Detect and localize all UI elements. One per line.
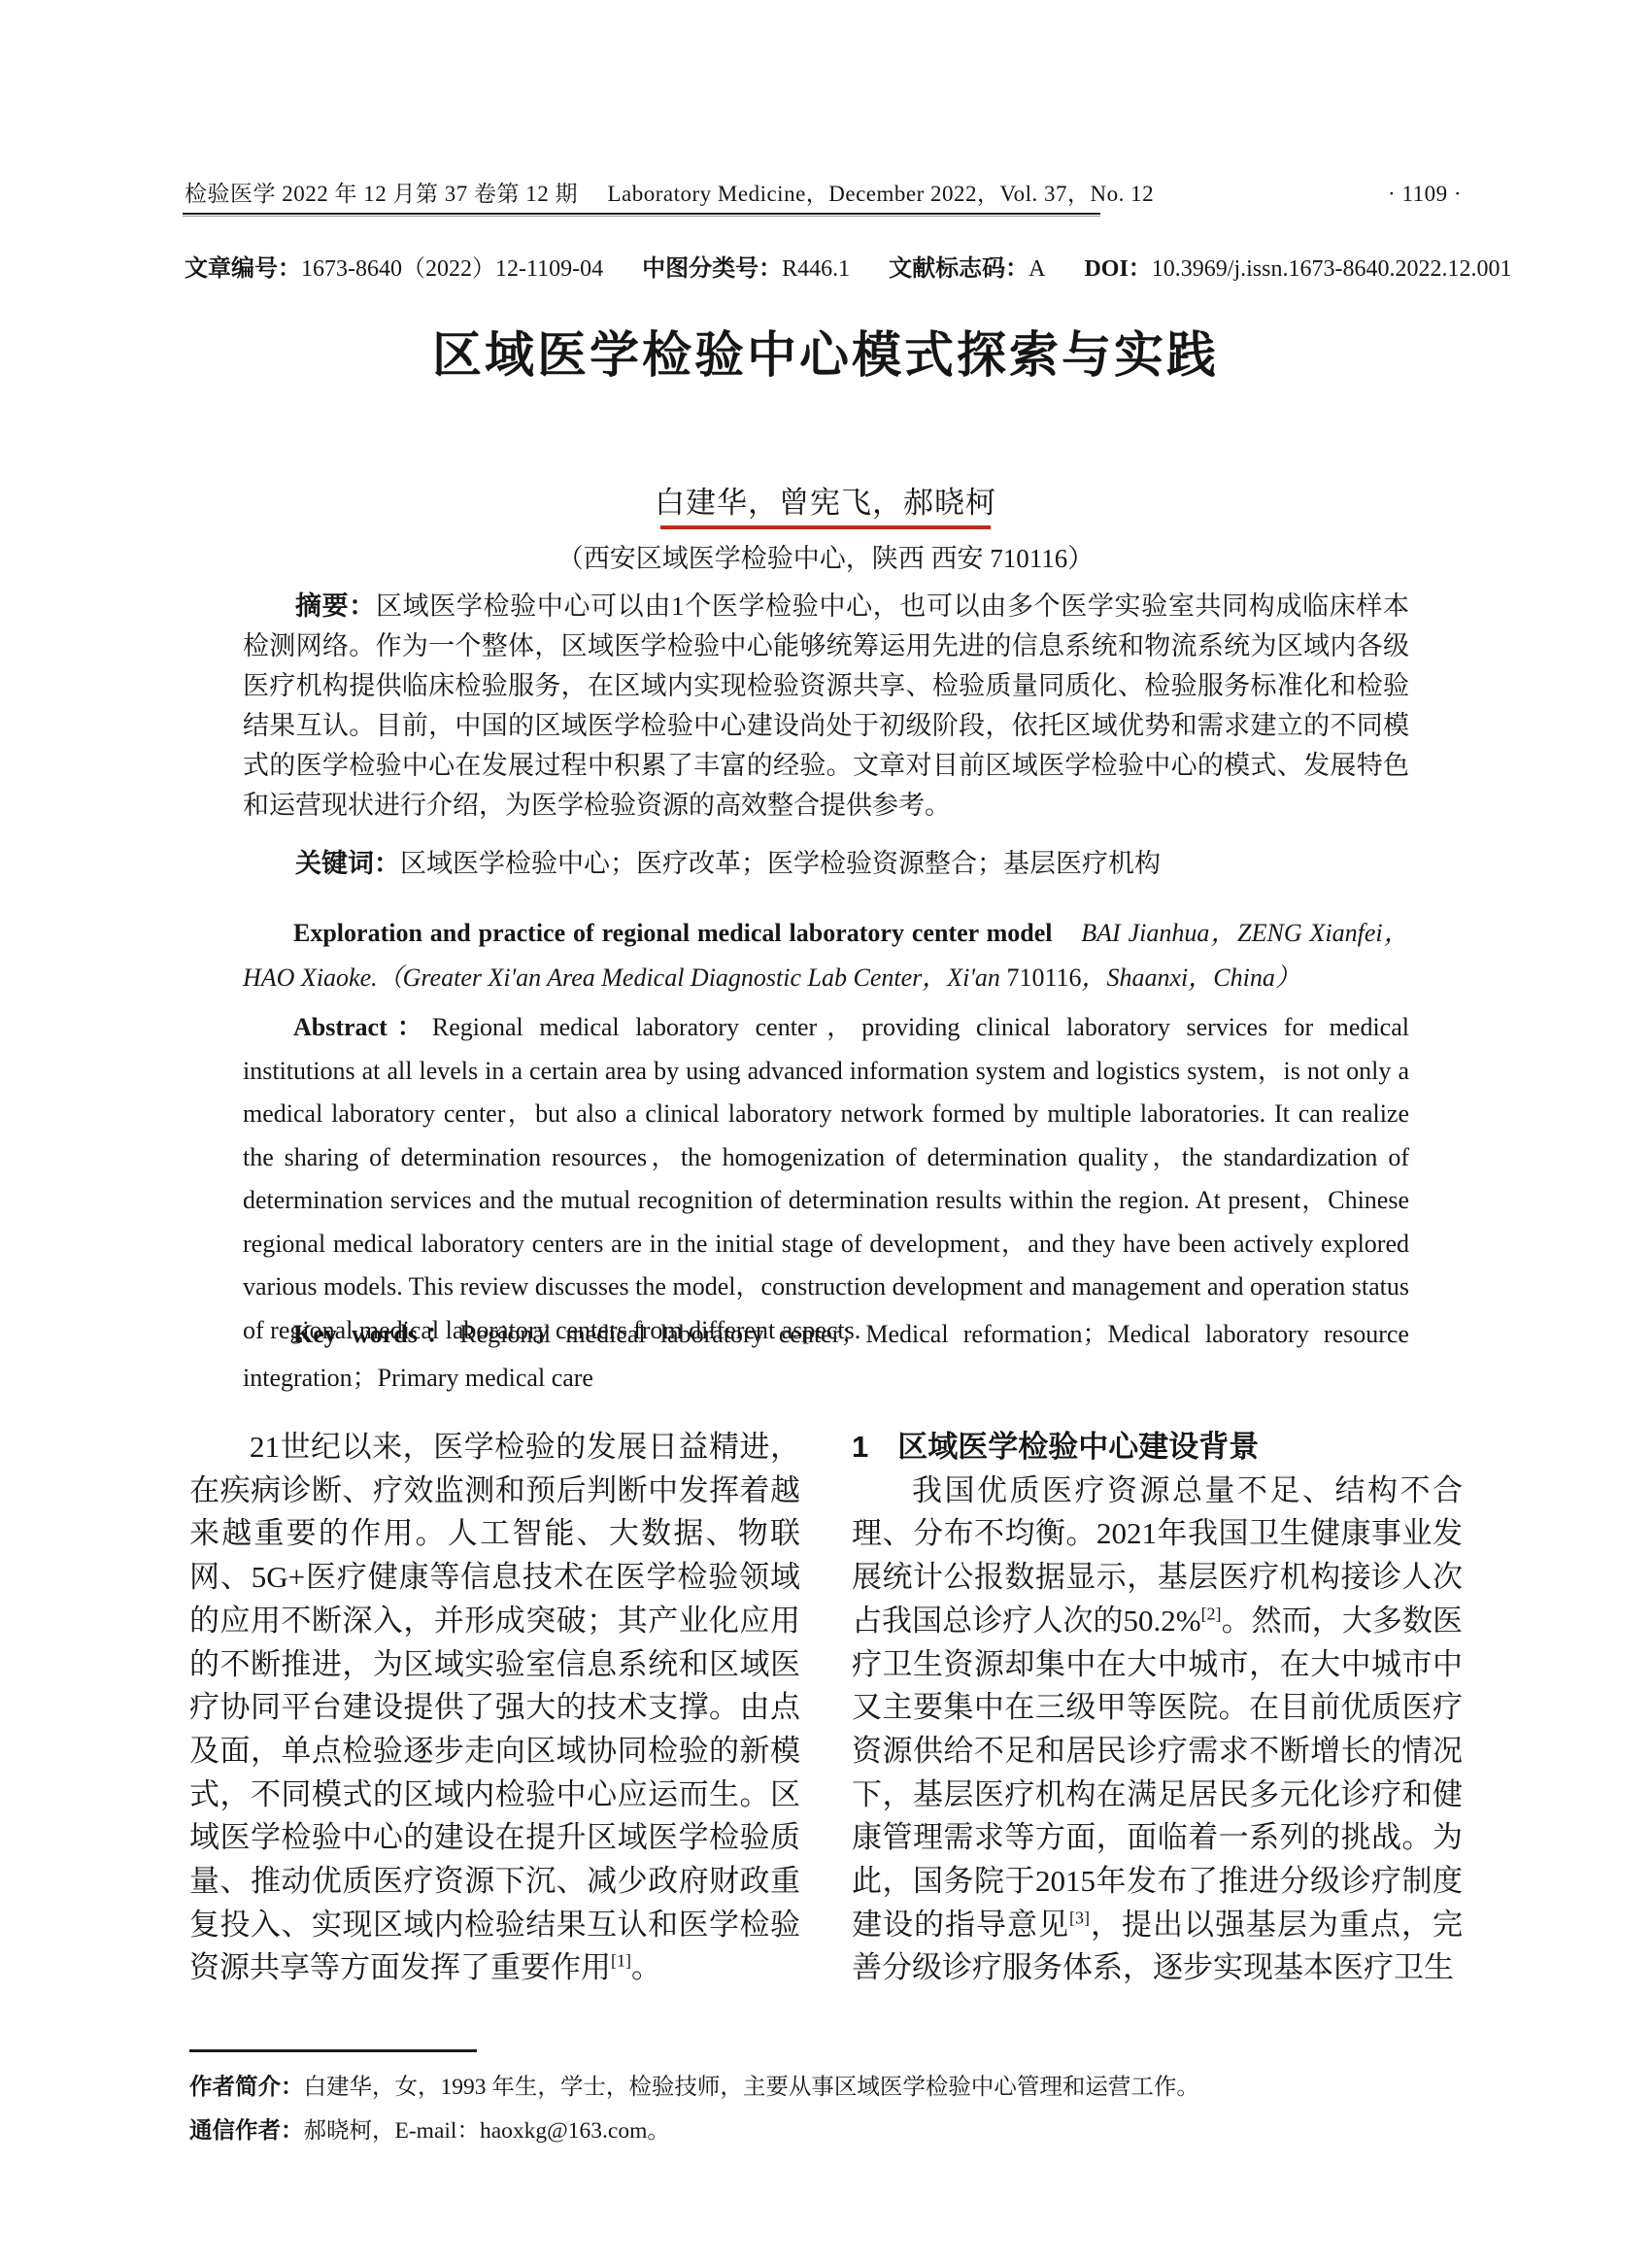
left-paragraph: 21世纪以来，医学检验的发展日益精进，在疾病诊断、疗效监测和预后判断中发挥着越来… xyxy=(189,1426,800,1990)
right-paragraph: 我国优质医疗资源总量不足、结构不合理、分布不均衡。2021年我国卫生健康事业发展… xyxy=(852,1470,1463,1990)
doi: DOI：10.3969/j.issn.1673-8640.2022.12.001 xyxy=(1084,256,1511,282)
keywords-en-label: Key words： xyxy=(293,1320,459,1348)
page-number: · 1109 · xyxy=(1388,182,1462,207)
footnote-divider xyxy=(189,2049,477,2052)
affiliation: （西安区域医学检验中心，陕西 西安 710116） xyxy=(97,537,1554,575)
section-heading-1: 1区域医学检验中心建设背景 xyxy=(852,1426,1463,1470)
title-en: Exploration and practice of regional med… xyxy=(293,919,1052,947)
abstract-en: Abstract：Regional medical laboratory cen… xyxy=(243,1006,1409,1352)
footnotes: 作者简介：白建华，女，1993 年生，学士，检验技师，主要从事区域医学检验中心管… xyxy=(189,2065,1471,2152)
keywords-cn-text: 区域医学检验中心；医疗改革；医学检验资源整合；基层医疗机构 xyxy=(400,849,1161,878)
document-code: 文献标志码：A xyxy=(889,256,1045,282)
corresponding-author: 通信作者：郝晓柯，E-mail：haoxkg@163.com。 xyxy=(189,2109,1471,2152)
article-meta-row: 文章编号：1673-8640（2022）12-1109-04 中图分类号：R44… xyxy=(185,249,1544,283)
affiliation-en: （Greater Xi'an Area Medical Diagnostic L… xyxy=(378,963,1007,992)
abstract-en-label: Abstract： xyxy=(293,1013,432,1041)
journal-issue-info: 检验医学 2022 年 12 月第 37 卷第 12 期 Laboratory … xyxy=(185,176,1154,208)
english-citation: Exploration and practice of regional med… xyxy=(243,911,1409,1000)
citation-ref-2: [2] xyxy=(1201,1604,1222,1623)
keywords-cn-label: 关键词： xyxy=(295,849,400,878)
article-title: 区域医学检验中心模式探索与实践 xyxy=(97,315,1554,387)
affiliation-en-zip: 710116 xyxy=(1006,963,1081,992)
author-bio: 作者简介：白建华，女，1993 年生，学士，检验技师，主要从事区域医学检验中心管… xyxy=(189,2065,1471,2109)
journal-issue-cn: 检验医学 2022 年 12 月第 37 卷第 12 期 xyxy=(185,182,578,206)
running-head: 检验医学 2022 年 12 月第 37 卷第 12 期 Laboratory … xyxy=(185,176,1462,208)
header-rule xyxy=(183,213,1100,215)
abstract-cn-label: 摘要： xyxy=(295,591,376,621)
abstract-en-text: Regional medical laboratory center，provi… xyxy=(243,1013,1409,1344)
keywords-en: Key words：Regional medical laboratory ce… xyxy=(243,1313,1409,1400)
authors-red-underline xyxy=(660,525,991,529)
body-left-column: 21世纪以来，医学检验的发展日益精进，在疾病诊断、疗效监测和预后判断中发挥着越来… xyxy=(189,1426,800,1990)
article-number: 文章编号：1673-8640（2022）12-1109-04 xyxy=(185,256,603,282)
authors: 白建华，曾宪飞，郝晓柯 xyxy=(97,478,1554,522)
citation-ref-3: [3] xyxy=(1069,1908,1090,1927)
affiliation-en-tail: ，Shaanxi，China） xyxy=(1081,963,1299,992)
body-right-column: 1区域医学检验中心建设背景 我国优质医疗资源总量不足、结构不合理、分布不均衡。2… xyxy=(852,1426,1463,1990)
clc-number: 中图分类号：R446.1 xyxy=(642,256,850,282)
abstract-cn: 摘要：区域医学检验中心可以由1个医学检验中心，也可以由多个医学实验室共同构成临床… xyxy=(243,587,1409,826)
citation-ref-1: [1] xyxy=(611,1951,631,1971)
abstract-cn-text: 区域医学检验中心可以由1个医学检验中心，也可以由多个医学实验室共同构成临床样本检… xyxy=(243,591,1409,820)
journal-issue-en: Laboratory Medicine，December 2022，Vol. 3… xyxy=(608,182,1155,206)
journal-page: 检验医学 2022 年 12 月第 37 卷第 12 期 Laboratory … xyxy=(0,0,1652,2264)
keywords-cn: 关键词：区域医学检验中心；医疗改革；医学检验资源整合；基层医疗机构 xyxy=(243,844,1409,884)
